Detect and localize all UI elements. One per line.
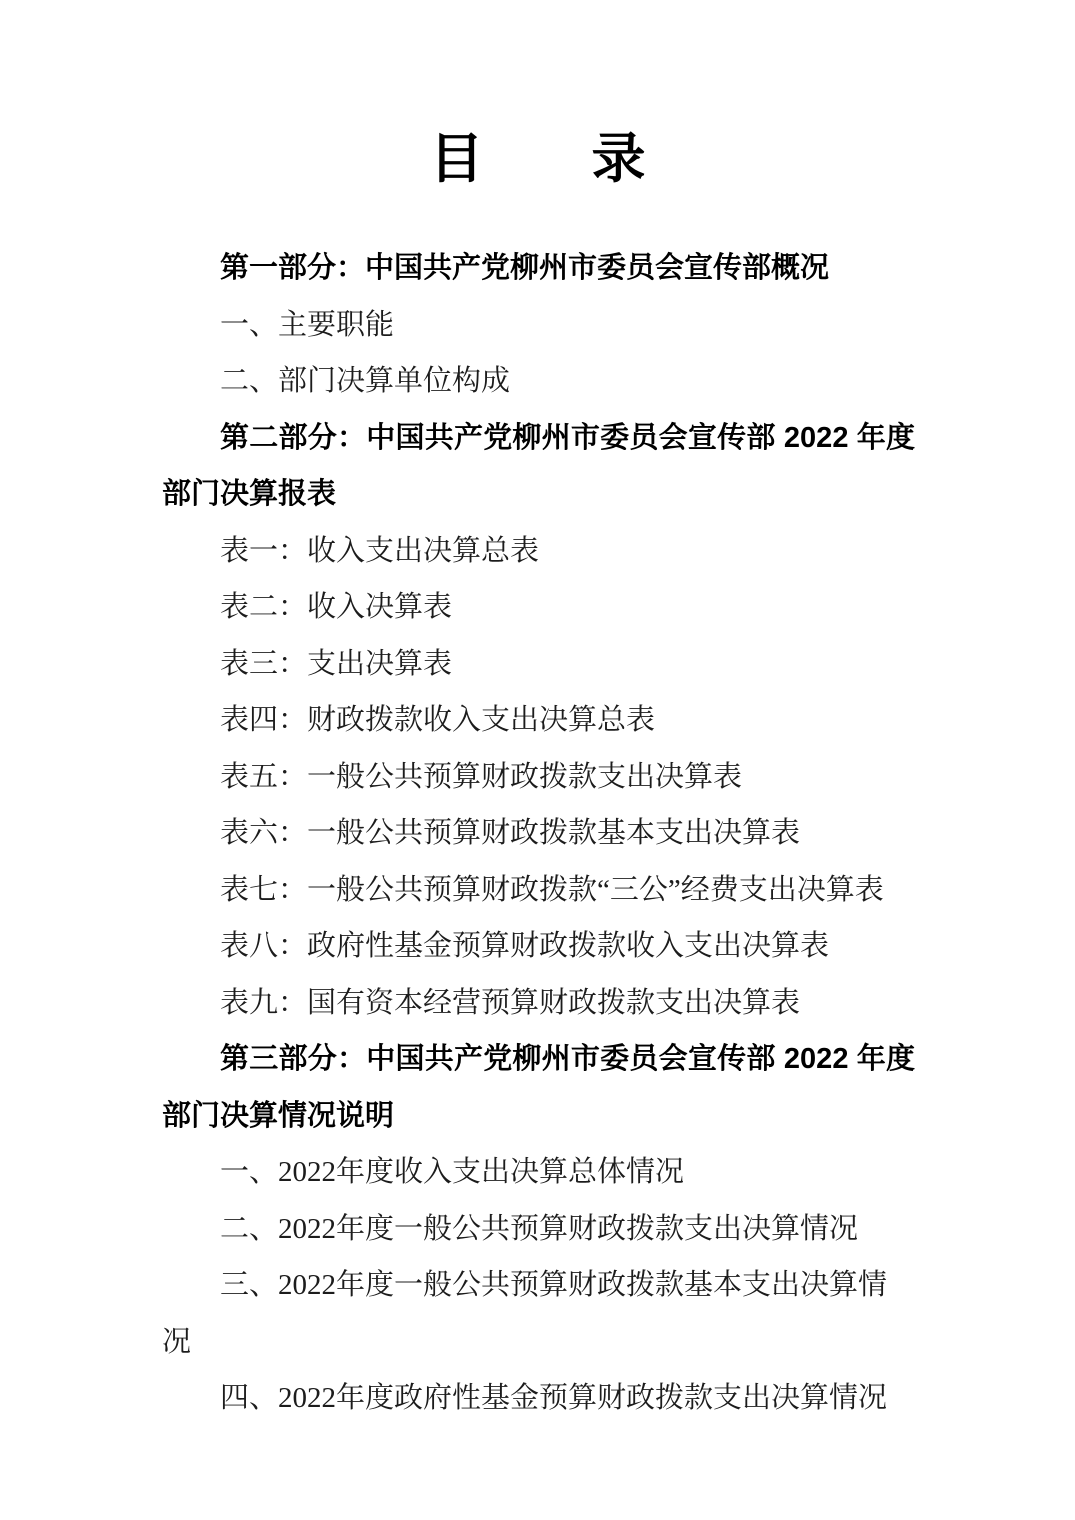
toc-item-unit-composition: 二、部门决算单位构成: [162, 353, 915, 410]
toc-part2-heading-line1: 第二部分：中国共产党柳州市委员会宣传部 2022 年度: [162, 410, 915, 467]
toc-part1-heading: 第一部分：中国共产党柳州市委员会宣传部概况: [162, 240, 915, 297]
toc-part2-heading-line2: 部门决算报表: [162, 466, 915, 523]
toc-part3-heading-line1: 第三部分：中国共产党柳州市委员会宣传部 2022 年度: [162, 1031, 915, 1088]
toc-item-note-3: 三、2022年度一般公共预算财政拨款基本支出决算情况: [162, 1257, 915, 1370]
toc-item-table-5: 表五：一般公共预算财政拨款支出决算表: [162, 749, 915, 806]
toc-item-table-2: 表二：收入决算表: [162, 579, 915, 636]
toc-item-note-2: 二、2022年度一般公共预算财政拨款支出决算情况: [162, 1201, 915, 1258]
document-page: 目 录 第一部分：中国共产党柳州市委员会宣传部概况 一、主要职能 二、部门决算单…: [0, 0, 1075, 1520]
toc-item-note-1: 一、2022年度收入支出决算总体情况: [162, 1144, 915, 1201]
toc-list: 第一部分：中国共产党柳州市委员会宣传部概况 一、主要职能 二、部门决算单位构成 …: [162, 240, 915, 1427]
toc-item-table-7: 表七：一般公共预算财政拨款“三公”经费支出决算表: [162, 862, 915, 919]
toc-item-note-4: 四、2022年度政府性基金预算财政拨款支出决算情况: [162, 1370, 915, 1427]
toc-part3-heading-line2: 部门决算情况说明: [162, 1088, 915, 1145]
toc-item-table-9: 表九：国有资本经营预算财政拨款支出决算表: [162, 975, 915, 1032]
toc-item-major-functions: 一、主要职能: [162, 297, 915, 354]
toc-item-table-1: 表一：收入支出决算总表: [162, 523, 915, 580]
toc-item-table-4: 表四：财政拨款收入支出决算总表: [162, 692, 915, 749]
toc-item-table-8: 表八：政府性基金预算财政拨款收入支出决算表: [162, 918, 915, 975]
toc-title: 目 录: [0, 0, 1075, 190]
toc-item-table-6: 表六：一般公共预算财政拨款基本支出决算表: [162, 805, 915, 862]
toc-item-table-3: 表三：支出决算表: [162, 636, 915, 693]
